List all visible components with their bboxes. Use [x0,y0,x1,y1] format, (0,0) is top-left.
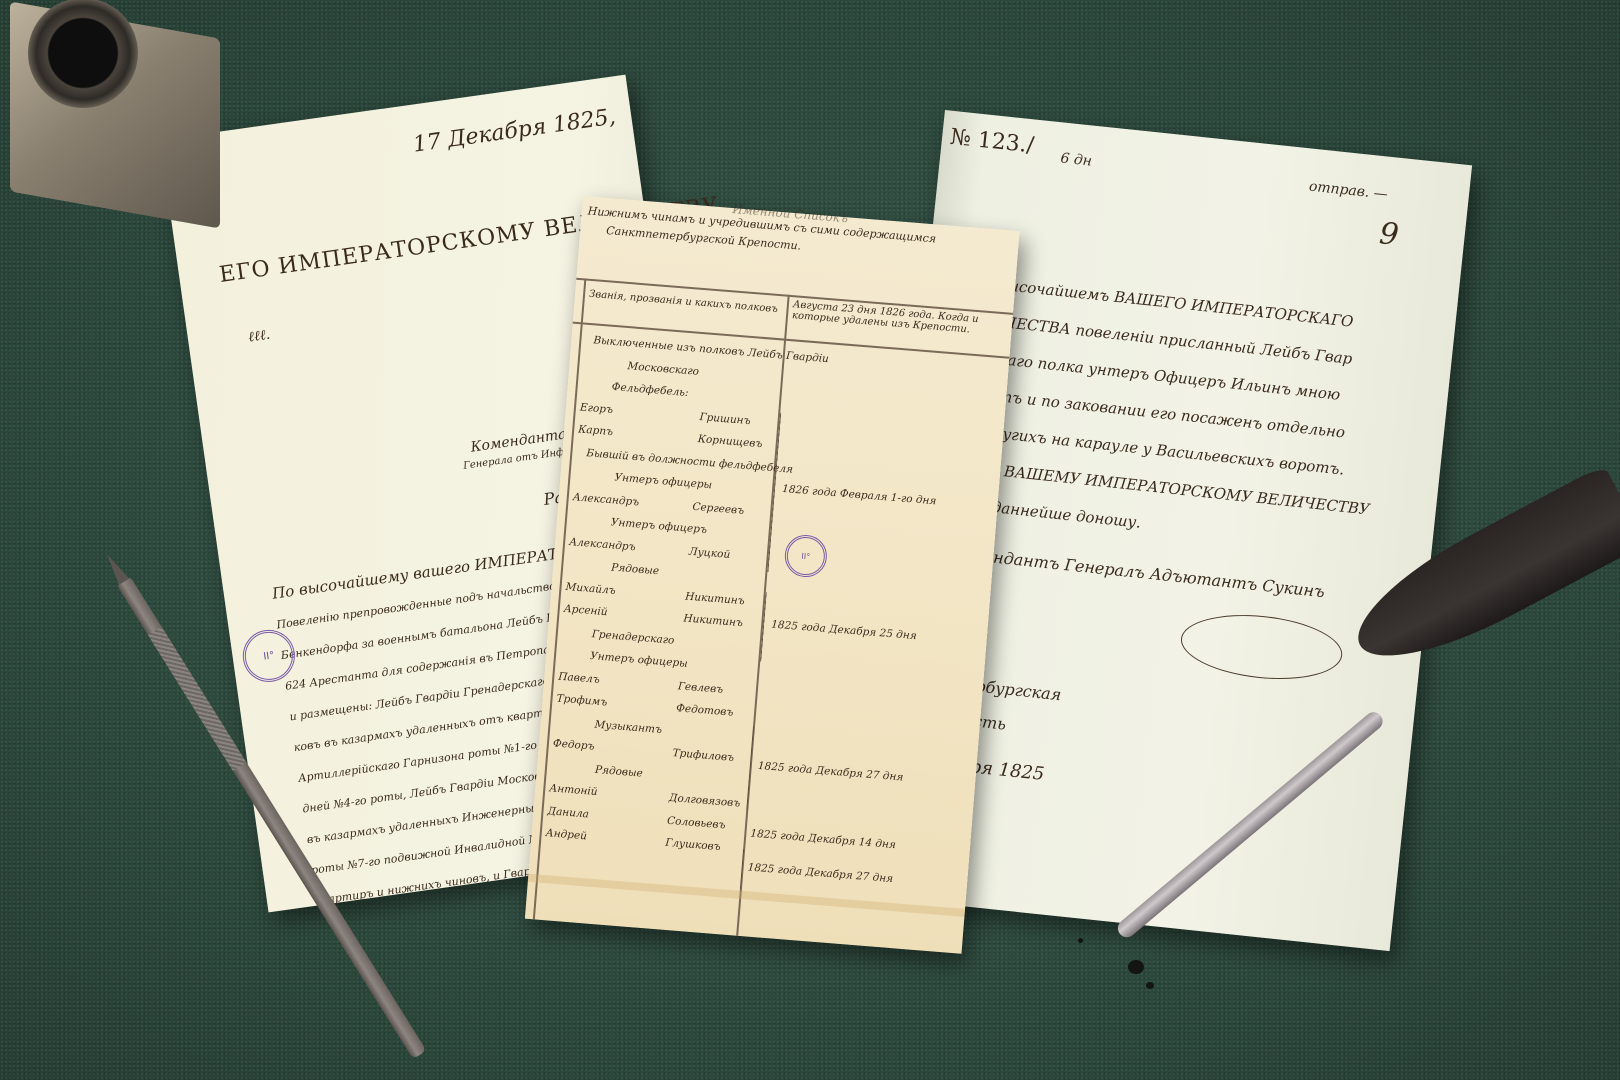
release-date: 1825 года Декабря 14 дня [750,827,896,851]
paper-stain [528,874,965,917]
ink-blot [1146,982,1154,989]
archive-stamp: II° [783,533,828,578]
doc-right-number: № 123./ [949,125,1035,159]
release-date: 1825 года Декабря 27 дня [747,861,893,885]
doc-left-ref: ℓℓℓ. [247,327,271,347]
doc-right-top-note: отправ. — [1308,179,1388,203]
ink-blot [1078,938,1083,943]
release-date: 1825 года Декабря 25 дня [771,618,917,642]
inkwell [0,0,230,210]
doc-right-page-number: 9 [1378,216,1401,253]
release-date: 1825 года Декабря 27 дня [757,760,903,784]
release-date: 1826 года Февраля 1-го дня [782,483,937,507]
ink-blot [1128,960,1144,974]
document-middle-list: Именной Списокъ Нижнимъ чинамъ и учредив… [525,196,1020,954]
signature-flourish [1178,608,1346,687]
doc-left-date: 17 Декабря 1825, [411,105,617,158]
pen-nib [102,551,129,584]
doc-right-number-note: 6 дн [1060,150,1093,169]
inkwell-opening [28,0,138,108]
